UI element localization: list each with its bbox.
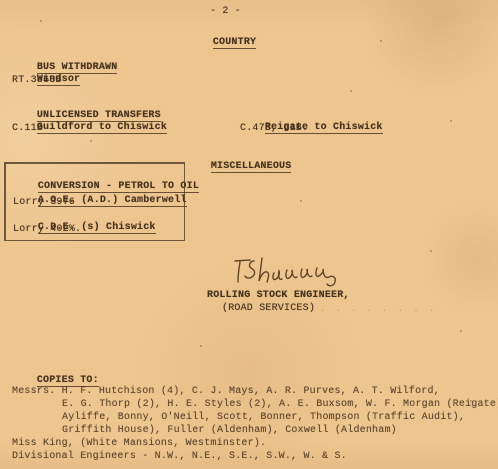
paper-speck xyxy=(450,120,452,122)
paper-speck xyxy=(430,250,432,252)
copies-line: Divisional Engineers - N.W., N.E., S.E.,… xyxy=(12,451,347,462)
dotted-artifact: . . . . . . . . xyxy=(320,305,437,314)
conversion-line4: Lorry 402%. xyxy=(13,224,81,235)
conversion-line2: Lorry 3976 xyxy=(13,197,75,208)
copies-line: E. G. Thorp (2), H. E. Styles (2), A. E.… xyxy=(62,399,498,410)
section-title-country: COUNTRY xyxy=(188,26,256,59)
signatory-title-line1: ROLLING STOCK ENGINEER, xyxy=(207,290,350,301)
paper-speck xyxy=(470,400,472,402)
paper-speck xyxy=(350,90,352,92)
transfer-right-vehicles: C.47B, 61B. xyxy=(240,123,308,134)
paper-speck xyxy=(40,20,42,22)
copies-line: Messrs. H. F. Hutchison (4), C. J. Mays,… xyxy=(12,386,440,397)
paper-speck xyxy=(460,330,462,332)
miscellaneous-heading: MISCELLANEOUS xyxy=(186,150,291,183)
paper-speck xyxy=(380,40,382,42)
signatory-title-line2: (ROAD SERVICES) xyxy=(222,303,315,314)
transfer-left-vehicles: C.11B xyxy=(12,123,43,134)
bus-withdrawn-vehicle: RT.3863B xyxy=(12,75,62,86)
scanned-memo-page: - 2 - COUNTRY BUS WITHDRAWN Windsor RT.3… xyxy=(0,0,498,469)
section-title-text: COUNTRY xyxy=(213,37,256,49)
paper-speck xyxy=(300,200,302,202)
copies-line: Ayliffe, Bonny, O'Neill, Scott, Bonner, … xyxy=(62,412,465,423)
paper-speck xyxy=(90,140,92,142)
paper-speck xyxy=(200,345,202,347)
copies-line: Griffith House), Fuller (Aldenham), Coxw… xyxy=(62,425,397,436)
page-number: - 2 - xyxy=(210,6,241,17)
copies-line: Miss King, (White Mansions, Westminster)… xyxy=(12,438,266,449)
